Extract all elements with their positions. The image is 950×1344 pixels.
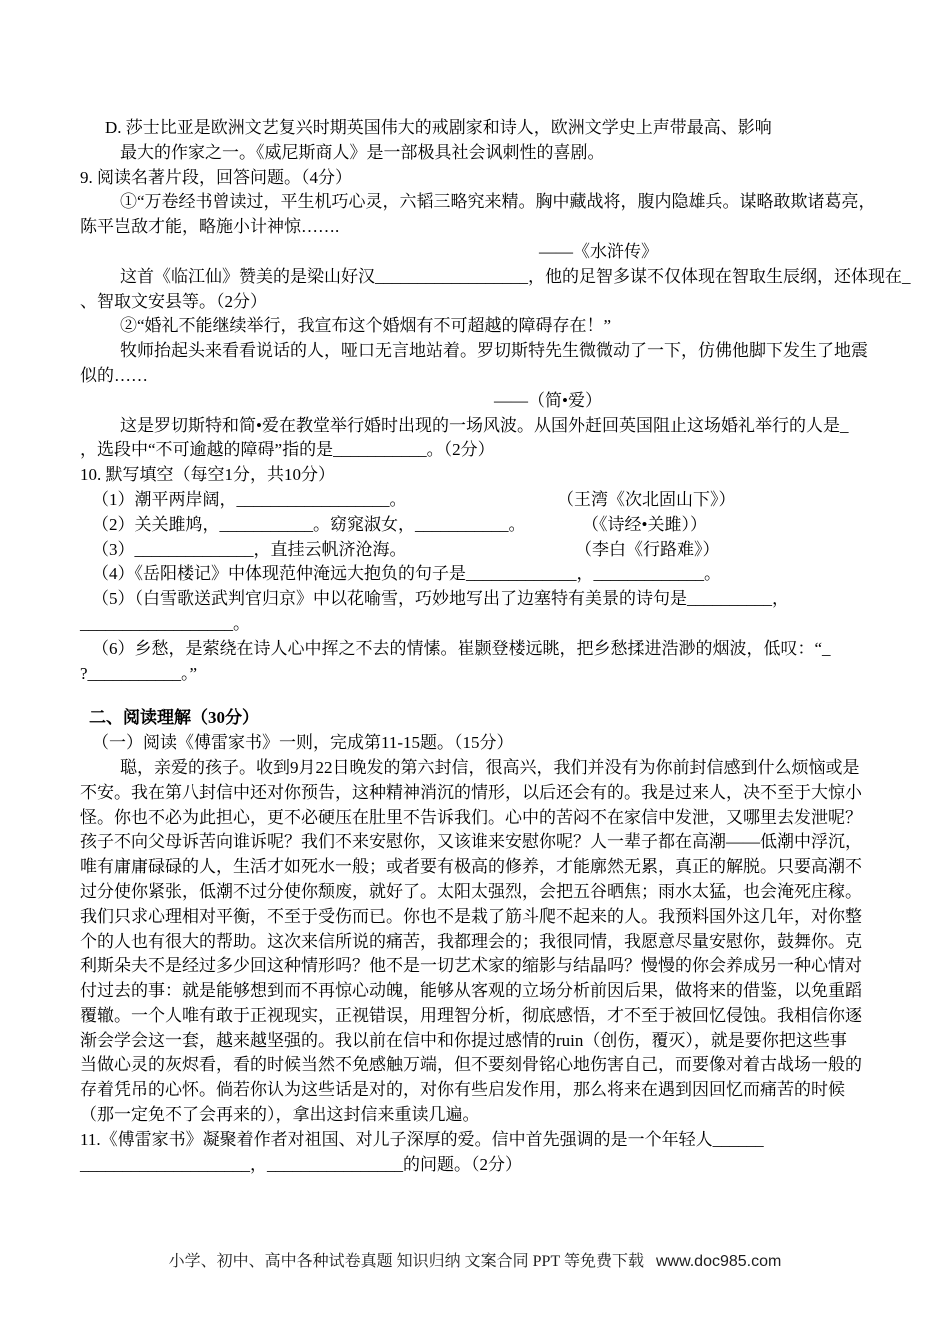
line-text: ，选段中“不可逾越的障碍”指的是___________。（2分） <box>80 440 495 459</box>
line-text: （6）乡愁，是萦绕在诗人心中挥之不去的情愫。崔颢登楼远眺，把乡愁揉进浩渺的烟波，… <box>92 639 831 658</box>
line-text: ____________________，________________的问题… <box>80 1155 522 1174</box>
line-text: 11.《傅雷家书》凝聚着作者对祖国、对儿子深厚的爱。信中首先强调的是一个年轻人_… <box>80 1130 764 1149</box>
question-9-2-continued: ，选段中“不可逾越的障碍”指的是___________。（2分） <box>80 438 870 463</box>
excerpt-2: ②“婚礼不能继续举行，我宣布这个婚烟有不可超越的障碍存在！” <box>80 314 870 339</box>
question-10: 10. 默写填空（每空1分，共10分） <box>80 463 870 488</box>
line-text: ②“婚礼不能继续举行，我宣布这个婚烟有不可超越的障碍存在！” <box>120 316 611 335</box>
footer-site-link[interactable]: www.doc985.com <box>656 1253 781 1270</box>
blank-item-3: （3）______________，直挂云帆济沧海。（李白《行路难》） <box>80 538 870 563</box>
question-9-1: 这首《临江仙》赞美的是梁山好汉__________________，他的足智多谋… <box>80 265 870 290</box>
line-text: __________________。 <box>80 614 250 633</box>
line-text: D. 莎士比亚是欧洲文艺复兴时期英国伟大的戒剧家和诗人，欧洲文学史上声带最高、影… <box>105 118 772 137</box>
passage-line: 唯有庸庸碌碌的人，生活才如死水一般；或者要有极高的修养，才能廓然无累，真正的解脱… <box>80 855 870 880</box>
passage-line: （那一定免不了会再来的），拿出这封信来重读几遍。 <box>80 1103 870 1128</box>
blank-item-6-continued: ?___________。” <box>80 662 870 687</box>
source-attribution-line: ——（简•爱） <box>80 389 870 414</box>
line-text: 过分使你紧张，低潮不过分使你颓废，就好了。太阳太强烈，会把五谷晒焦；雨水太猛，也… <box>80 882 862 901</box>
excerpt-1-continued: 陈平岂敌才能，略施小计神惊……. <box>80 215 870 240</box>
line-text: ——（简•爱） <box>494 391 602 410</box>
excerpt-2-continued: 牧师抬起头来看看说话的人，哑口无言地站着。罗切斯特先生微微动了一下，仿佛他脚下发… <box>80 339 870 364</box>
line-text: （5）（白雪歌送武判官归京》中以花喻雪，巧妙地写出了边塞特有美景的诗句是____… <box>92 589 789 608</box>
line-text: 孩子不向父母诉苦向谁诉呢？我们不来安慰你，又该谁来安慰你呢？人一辈子都在高潮——… <box>80 832 862 851</box>
subsection-heading: （一）阅读《傅雷家书》一则，完成第11-15题。（15分） <box>80 731 870 756</box>
excerpt-1: ①“万卷经书曾读过，平生机巧心灵，六韬三略究来精。胸中藏战将，腹内隐雄兵。谋略敢… <box>80 190 870 215</box>
line-text: 当做心灵的灰烬看，看的时候当然不免感触万端，但不要刻骨铭心地伤害自己，而要像对着… <box>80 1055 862 1074</box>
line-text: 似的…… <box>80 366 148 385</box>
line-text: ①“万卷经书曾读过，平生机巧心灵，六韬三略究来精。胸中藏战将，腹内隐雄兵。谋略敢… <box>120 192 876 211</box>
line-text: （4）《岳阳楼记》中体现范仲淹远大抱负的句子是_____________，___… <box>92 564 721 583</box>
line-text: 唯有庸庸碌碌的人，生活才如死水一般；或者要有极高的修养，才能廓然无累，真正的解脱… <box>80 857 862 876</box>
line-text: 牧师抬起头来看看说话的人，哑口无言地站着。罗切斯特先生微微动了一下，仿佛他脚下发… <box>120 341 868 360</box>
question-9-2: 这是罗切斯特和简•爱在教堂举行婚时出现的一场风波。从国外赶回英国阻止这场婚礼举行… <box>80 414 870 439</box>
line-text: 个的人也有很大的帮助。这次来信所说的痛苦，我都理会的；我很同情，我愿意尽量安慰你… <box>80 932 862 951</box>
line-text: （2）关关雎鸠，___________。窈窕淑女，___________。 <box>92 515 526 534</box>
passage-line: 过分使你紧张，低潮不过分使你颓废，就好了。太阳太强烈，会把五谷晒焦；雨水太猛，也… <box>80 880 870 905</box>
line-text: 存着凭吊的心怀。倘若你认为这些话是对的，对你有些启发作用，那么将来在遇到因回忆而… <box>80 1080 845 1099</box>
source-attribution: （《诗经•关雎）） <box>582 513 707 538</box>
question-9: 9. 阅读名著片段，回答问题。（4分） <box>80 166 870 191</box>
line-text: （一）阅读《傅雷家书》一则，完成第11-15题。（15分） <box>92 733 514 752</box>
passage-line: 不安。我在第八封信中还对你预告，这种精神消沉的情形，以后还会有的。我是过来人，决… <box>80 781 870 806</box>
blank-item-1: （1）潮平两岸阔，__________________。（王湾《次北固山下》） <box>80 488 870 513</box>
footer-text: 小学、初中、高中各种试卷真题 知识归纳 文案合同 PPT 等免费下载 <box>169 1253 644 1270</box>
passage-line: 个的人也有很大的帮助。这次来信所说的痛苦，我都理会的；我很同情，我愿意尽量安慰你… <box>80 930 870 955</box>
line-text: （3）______________，直挂云帆济沧海。 <box>92 540 407 559</box>
passage-line: 我们只求心理相对平衡，不至于受伤而已。你也不是栽了筋斗爬不起来的人。我预料国外这… <box>80 905 870 930</box>
line-text: 这是罗切斯特和简•爱在教堂举行婚时出现的一场风波。从国外赶回英国阻止这场婚礼举行… <box>120 416 848 435</box>
page-footer: 小学、初中、高中各种试卷真题 知识归纳 文案合同 PPT 等免费下载 www.d… <box>0 1248 950 1271</box>
source-attribution-line: ——《水浒传》 <box>80 240 870 265</box>
line-text: 不安。我在第八封信中还对你预告，这种精神消沉的情形，以后还会有的。我是过来人，决… <box>80 783 862 802</box>
line-text: ?___________。” <box>80 664 197 683</box>
line-text: 最大的作家之一。《威尼斯商人》是一部极具社会讽刺性的喜剧。 <box>120 143 605 162</box>
option-d: D. 莎士比亚是欧洲文艺复兴时期英国伟大的戒剧家和诗人，欧洲文学史上声带最高、影… <box>80 116 870 141</box>
exam-paper-page: D. 莎士比亚是欧洲文艺复兴时期英国伟大的戒剧家和诗人，欧洲文学史上声带最高、影… <box>0 0 950 1344</box>
question-9-1-continued: 、智取文安县等。（2分） <box>80 290 870 315</box>
passage-line: 存着凭吊的心怀。倘若你认为这些话是对的，对你有些启发作用，那么将来在遇到因回忆而… <box>80 1078 870 1103</box>
question-11: 11.《傅雷家书》凝聚着作者对祖国、对儿子深厚的爱。信中首先强调的是一个年轻人_… <box>80 1128 870 1153</box>
blank-item-6: （6）乡愁，是萦绕在诗人心中挥之不去的情愫。崔颢登楼远眺，把乡愁揉进浩渺的烟波，… <box>80 637 870 662</box>
line-text: 这首《临江仙》赞美的是梁山好汉__________________，他的足智多谋… <box>120 267 911 286</box>
line-text: ——《水浒传》 <box>539 242 658 261</box>
line-text: （那一定免不了会再来的），拿出这封信来重读几遍。 <box>80 1105 480 1124</box>
passage-line: 当做心灵的灰烬看，看的时候当然不免感触万端，但不要刻骨铭心地伤害自己，而要像对着… <box>80 1053 870 1078</box>
passage-line: 怪。你也不必为此担心，更不必硬压在肚里不告诉我们。心中的苦闷不在家信中发泄，又哪… <box>80 806 870 831</box>
option-d-continued: 最大的作家之一。《威尼斯商人》是一部极具社会讽刺性的喜剧。 <box>80 141 870 166</box>
passage-line: 利斯朵夫不是经过多少回这种情形吗？他不是一切艺术家的缩影与结晶吗？慢慢的你会养成… <box>80 954 870 979</box>
blank-item-5-continued: __________________。 <box>80 612 870 637</box>
line-text: 10. 默写填空（每空1分，共10分） <box>80 465 335 484</box>
blank-item-5: （5）（白雪歌送武判官归京》中以花喻雪，巧妙地写出了边塞特有美景的诗句是____… <box>80 587 870 612</box>
line-text: 渐会学会这一套，越来越坚强的。我以前在信中和你提过感情的ruin（创伤，覆灭），… <box>80 1031 847 1050</box>
source-attribution: （李白《行路难》） <box>575 538 720 563</box>
section-heading-reading: 二、阅读理解（30分） <box>80 706 870 731</box>
blank-item-2: （2）关关雎鸠，___________。窈窕淑女，___________。（《诗… <box>80 513 870 538</box>
passage-line: 孩子不向父母诉苦向谁诉呢？我们不来安慰你，又该谁来安慰你呢？人一辈子都在高潮——… <box>80 830 870 855</box>
line-text: 我们只求心理相对平衡，不至于受伤而已。你也不是栽了筋斗爬不起来的人。我预料国外这… <box>80 907 862 926</box>
passage-line: 覆辙。一个人唯有敢于正视现实，正视错误，用理智分析，彻底感悟，才不至于被回忆侵蚀… <box>80 1004 870 1029</box>
line-text: 怪。你也不必为此担心，更不必硬压在肚里不告诉我们。心中的苦闷不在家信中发泄，又哪… <box>80 808 862 827</box>
line-text: 覆辙。一个人唯有敢于正视现实，正视错误，用理智分析，彻底感悟，才不至于被回忆侵蚀… <box>80 1006 862 1025</box>
line-text: （1）潮平两岸阔，__________________。 <box>92 490 407 509</box>
document-content: D. 莎士比亚是欧洲文艺复兴时期英国伟大的戒剧家和诗人，欧洲文学史上声带最高、影… <box>80 116 870 1177</box>
line-text: 9. 阅读名著片段，回答问题。（4分） <box>80 168 352 187</box>
question-11-continued: ____________________，________________的问题… <box>80 1153 870 1178</box>
line-text: 利斯朵夫不是经过多少回这种情形吗？他不是一切艺术家的缩影与结晶吗？慢慢的你会养成… <box>80 956 862 975</box>
passage-line: 聪，亲爱的孩子。收到9月22日晚发的第六封信，很高兴，我们并没有为你前封信感到什… <box>80 756 870 781</box>
line-text: 陈平岂敌才能，略施小计神惊……. <box>80 217 339 236</box>
line-text: 聪，亲爱的孩子。收到9月22日晚发的第六封信，很高兴，我们并没有为你前封信感到什… <box>120 758 860 777</box>
line-text: 、智取文安县等。（2分） <box>80 292 267 311</box>
passage-line: 付过去的事：就是能够想到而不再惊心动魄，能够从客观的立场分析前因后果，做将来的借… <box>80 979 870 1004</box>
blank-item-4: （4）《岳阳楼记》中体现范仲淹远大抱负的句子是_____________，___… <box>80 562 870 587</box>
excerpt-2-continued: 似的…… <box>80 364 870 389</box>
line-text: 二、阅读理解（30分） <box>89 708 259 727</box>
source-attribution: （王湾《次北固山下》） <box>557 488 736 513</box>
passage-line: 渐会学会这一套，越来越坚强的。我以前在信中和你提过感情的ruin（创伤，覆灭），… <box>80 1029 870 1054</box>
line-text: 付过去的事：就是能够想到而不再惊心动魄，能够从客观的立场分析前因后果，做将来的借… <box>80 981 862 1000</box>
